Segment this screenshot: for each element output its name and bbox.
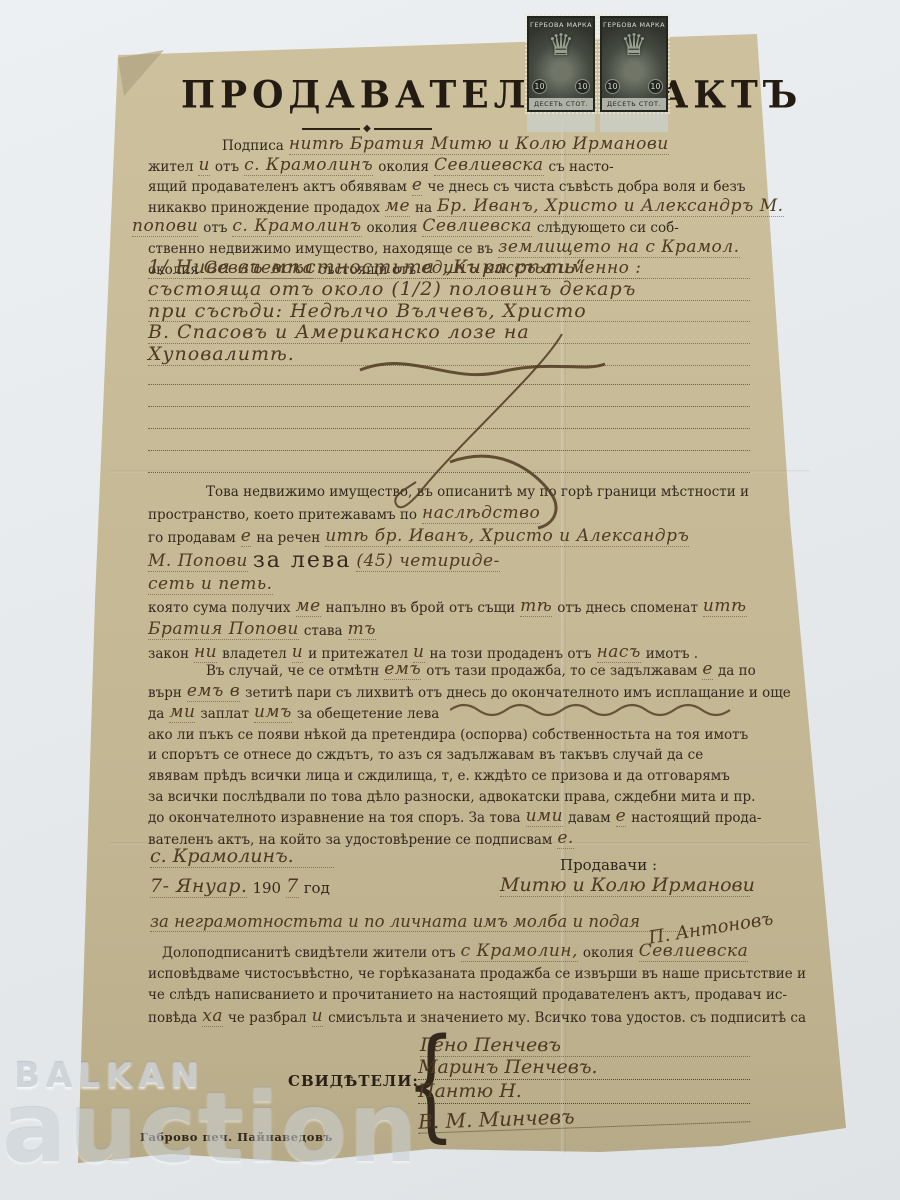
text-line: Това недвижимо имущество, въ описанитѣ м… — [148, 481, 750, 503]
handwritten-line: 1/ Нива въ мѣстностьта „Кира рѣть“ — [148, 257, 750, 279]
stamp-value: 10 — [532, 79, 547, 94]
stamp-value: 10 — [575, 79, 590, 94]
text-line: М. Поповиза лева(45) четириде- — [148, 550, 750, 573]
witnesses-label: СВИДѢТЕЛИ: — [288, 1072, 419, 1090]
sellers-label: Продавачи : — [560, 856, 657, 874]
text-line: че слѣдъ написванието и прочитанието на … — [148, 985, 760, 1006]
text-line: за всички послѣдвали по това дѣло разнос… — [148, 787, 750, 808]
photo-of-sale-deed: ПРОДАВАТЕЛЕНЪ АКТЪ ◆ ГЕРБОВА МАРКА ♛ 10 … — [0, 0, 900, 1200]
text-line: жителиотъс. КрамолинъоколияСевлиевскасъ … — [148, 157, 750, 178]
document-content: ПРОДАВАТЕЛЕНЪ АКТЪ ◆ ГЕРБОВА МАРКА ♛ 10 … — [0, 0, 900, 1200]
blank-ruled-lines — [148, 363, 750, 473]
text-line: върнемъ взетитѣ пари съ лихвитѣ отъ днес… — [148, 682, 750, 704]
stamp-value: 10 — [648, 79, 663, 94]
handwritten-line: състояща отъ около (1/2) половинъ декаръ — [148, 279, 750, 301]
text-line: поповиотъс. КрамолинъоколияСевлиевскаслѣ… — [132, 218, 750, 239]
text-line: пространство, което притежавамъ понаслѣд… — [148, 503, 750, 526]
text-line: Братия Поповиставатъ — [148, 619, 750, 642]
handwritten-line: при съсѣди: Недѣлчо Вълчевъ, Христо — [148, 301, 750, 323]
text-line: ако ли пъкъ се появи нѣкой да претендира… — [148, 725, 750, 746]
closing-place: с. Крамолинъ. — [150, 845, 334, 868]
witness-signature-1: Гено Пенчевъ — [420, 1034, 750, 1057]
price-paragraph: Това недвижимо имущество, въ описанитѣ м… — [148, 481, 750, 666]
witness-signature-2: Маринъ Пенчевъ. — [418, 1056, 750, 1080]
text-line: ящий продавателенъ актъ обявявамече днес… — [148, 177, 750, 198]
witness-signature-list: Маринъ Пенчевъ. Пантю Н. В. М. Минчевъ — [418, 1056, 750, 1128]
handwritten-line: В. Спасовъ и Американско лозе на — [148, 322, 750, 344]
parcel-description-handwritten: 1/ Нива въ мѣстностьта „Кира рѣть“ състо… — [148, 257, 750, 366]
text-line: явявампрѣдъ всички лица и сждилища, т, е… — [148, 766, 750, 787]
revenue-stamp-1: ГЕРБОВА МАРКА ♛ 10 10 ДЕСЕТЬ СТОТ. — [527, 16, 595, 132]
printer-imprint: Габрово печ. Пайнаведовъ — [140, 1130, 333, 1144]
text-line: Въ случай, че се отмѣтнемъотъ тази прода… — [148, 660, 750, 682]
closing-date: 7- Януар.1907год — [150, 876, 335, 898]
text-line: която сума получихменапълно въ брой отъ … — [148, 596, 750, 619]
stamp-margin — [600, 112, 668, 132]
text-line: Долоподписанитѣ свидѣтели жители отъс Кр… — [148, 942, 760, 964]
stamp-value: 10 — [605, 79, 620, 94]
stamp-footer-label: ДЕСЕТЬ СТОТ. — [602, 98, 666, 110]
sellers-signature: Митю и Колю Ирманови — [500, 874, 750, 897]
warranty-paragraph: Въ случай, че се отмѣтнемъотъ тази прода… — [148, 660, 750, 850]
revenue-stamps: ГЕРБОВА МАРКА ♛ 10 10 ДЕСЕТЬ СТОТ. ГЕРБО… — [527, 16, 668, 132]
text-line: го продавамена реченитѣ бр. Иванъ, Христ… — [148, 526, 750, 549]
text-line: и спорътъ се отнесе до сждътъ, то азъ ся… — [148, 745, 750, 766]
revenue-stamp-2: ГЕРБОВА МАРКА ♛ 10 10 ДЕСЕТЬ СТОТ. — [600, 16, 668, 132]
lion-crown-emblem-icon: ♛ — [529, 29, 593, 63]
text-line: дамизаплатимъза обещетение лева — [148, 703, 750, 725]
lion-crown-emblem-icon: ♛ — [602, 29, 666, 63]
stamp-footer-label: ДЕСЕТЬ СТОТ. — [529, 98, 593, 110]
text-line: Подписанитѣ Братия Митю и Колю Ирманови — [148, 136, 750, 157]
stamp-margin — [527, 112, 595, 132]
text-line: исповѣдваме чистосъвѣстно, че горѣказана… — [148, 964, 760, 985]
text-line: сеть и петь. — [148, 573, 750, 596]
text-line: до окончателното изравнение на тоя споръ… — [148, 807, 750, 829]
document-title: ПРОДАВАТЕЛЕНЪ АКТЪ — [181, 73, 802, 117]
illiteracy-note-handwritten: за неграмотностьта и по личната имъ молб… — [150, 912, 690, 932]
title-ornament-divider: ◆ — [302, 124, 432, 134]
